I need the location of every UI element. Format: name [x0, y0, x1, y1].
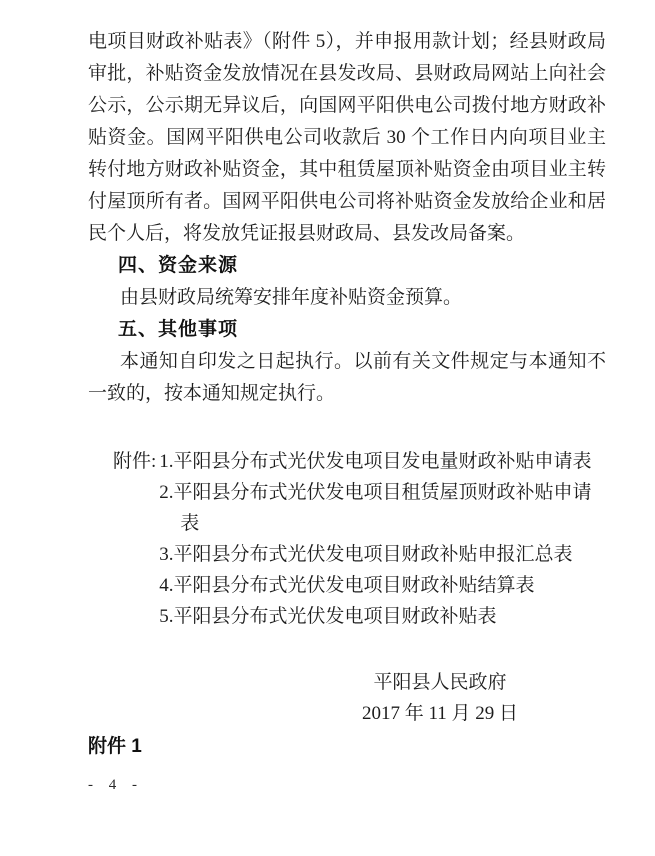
document-page: 电项目财政补贴表》（附件 5），并申报用款计划；经县财政局审批，补贴资金发放情况… [0, 0, 655, 856]
attachment-list: 附件: 1.平阳县分布式光伏发电项目发电量财政补贴申请表 2.平阳县分布式光伏发… [113, 446, 606, 632]
attachment-item-2: 2.平阳县分布式光伏发电项目租赁屋顶财政补贴申请表 [159, 477, 605, 539]
document-body: 电项目财政补贴表》（附件 5），并申报用款计划；经县财政局审批，补贴资金发放情况… [88, 26, 606, 796]
section-4-body: 由县财政局统筹安排年度补贴资金预算。 [88, 282, 606, 314]
page-number: - 4 - [88, 774, 606, 796]
attachment-item-4: 4.平阳县分布式光伏发电项目财政补贴结算表 [159, 570, 605, 601]
attachment-item-3: 3.平阳县分布式光伏发电项目财政补贴申报汇总表 [159, 539, 605, 570]
section-4-heading: 四、资金来源 [88, 250, 606, 282]
continuation-paragraph: 电项目财政补贴表》（附件 5），并申报用款计划；经县财政局审批，补贴资金发放情况… [88, 26, 606, 250]
signature-issuer: 平阳县人民政府 [320, 667, 560, 698]
attachment-item-5: 5.平阳县分布式光伏发电项目财政补贴表 [159, 601, 605, 632]
section-5-body: 本通知自印发之日起执行。以前有关文件规定与本通知不一致的，按本通知规定执行。 [88, 346, 606, 410]
attachment-items: 1.平阳县分布式光伏发电项目发电量财政补贴申请表 2.平阳县分布式光伏发电项目租… [159, 446, 605, 632]
signature-block: 平阳县人民政府 2017 年 11 月 29 日 [320, 667, 560, 729]
section-5-heading: 五、其他事项 [88, 314, 606, 346]
appendix-1-label: 附件 1 [88, 731, 606, 762]
attachment-list-label: 附件: [113, 446, 156, 632]
signature-date: 2017 年 11 月 29 日 [320, 698, 560, 729]
attachment-item-1: 1.平阳县分布式光伏发电项目发电量财政补贴申请表 [159, 446, 605, 477]
